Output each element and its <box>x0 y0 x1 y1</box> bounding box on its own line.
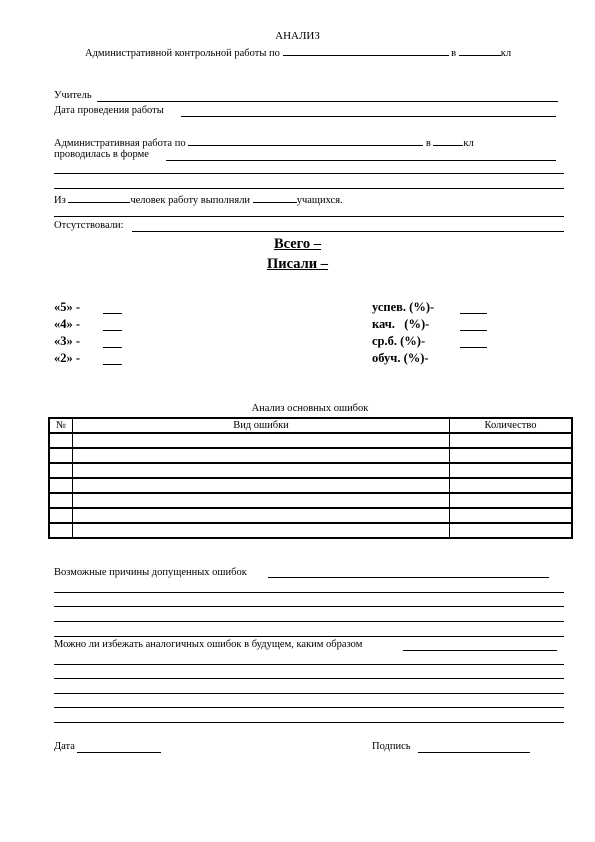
prevention-line-2[interactable] <box>54 664 564 665</box>
subtitle-in: в <box>451 48 456 59</box>
table-row <box>49 433 572 448</box>
errors-table-header: № Вид ошибки Количество <box>49 418 572 433</box>
errors-table-caption: Анализ основных ошибок <box>0 403 595 414</box>
prevention-line-5[interactable] <box>54 707 564 708</box>
grade-count-field[interactable] <box>103 313 122 314</box>
grade-count-field[interactable] <box>103 330 122 331</box>
absent-label: Отсутствовали: <box>54 220 124 231</box>
students-label: учащихся. <box>297 195 343 206</box>
table-row <box>49 523 572 538</box>
completed-line: Из человек работу выполняли учащихся. <box>54 192 343 206</box>
form-field[interactable] <box>166 160 556 161</box>
row-number-cell[interactable] <box>49 463 73 478</box>
grade-label: «3» - <box>54 334 80 349</box>
from-label: Из <box>54 195 66 206</box>
prevention-field[interactable] <box>403 650 557 651</box>
column-header-number: № <box>49 418 73 433</box>
signature-field[interactable] <box>418 752 530 753</box>
quantity-cell[interactable] <box>450 493 573 508</box>
students-count-field[interactable] <box>253 192 297 203</box>
wrote-label: Писали – <box>0 256 595 273</box>
grade-label: «2» - <box>54 351 80 366</box>
row-number-cell[interactable] <box>49 523 73 538</box>
grade-count-field[interactable] <box>103 347 122 348</box>
absent-field[interactable] <box>132 231 564 232</box>
admin-subject-field[interactable] <box>188 135 423 146</box>
reasons-line-3[interactable] <box>54 606 564 607</box>
stat-label: ср.б. (%)- <box>372 334 425 349</box>
row-number-cell[interactable] <box>49 493 73 508</box>
error-type-cell[interactable] <box>73 463 450 478</box>
completed-extra-line[interactable] <box>54 216 564 217</box>
table-row <box>49 493 572 508</box>
people-label: человек работу выполняли <box>130 195 250 206</box>
prevention-line-6[interactable] <box>54 722 564 723</box>
reasons-line-2[interactable] <box>54 592 564 593</box>
class-field[interactable] <box>459 45 501 56</box>
stat-label: обуч. (%)- <box>372 351 429 366</box>
footer-date-field[interactable] <box>77 752 161 753</box>
prevention-line-4[interactable] <box>54 693 564 694</box>
grade-label: «4» - <box>54 317 80 332</box>
prevention-line-3[interactable] <box>54 678 564 679</box>
admin-work-line: Административная работа по в кл <box>54 135 474 149</box>
subtitle-prefix: Административной контрольной работы по <box>85 48 280 59</box>
error-type-cell[interactable] <box>73 523 450 538</box>
error-type-cell[interactable] <box>73 448 450 463</box>
admin-work-prefix: Административная работа по <box>54 138 186 149</box>
error-type-cell[interactable] <box>73 508 450 523</box>
stat-value-field[interactable] <box>460 330 487 331</box>
quantity-cell[interactable] <box>450 463 573 478</box>
quantity-cell[interactable] <box>450 523 573 538</box>
row-number-cell[interactable] <box>49 508 73 523</box>
reasons-line-4[interactable] <box>54 621 564 622</box>
error-type-cell[interactable] <box>73 478 450 493</box>
people-count-field[interactable] <box>68 192 130 203</box>
signature-label: Подпись <box>372 741 411 752</box>
quantity-cell[interactable] <box>450 478 573 493</box>
stat-value-field[interactable] <box>460 347 487 348</box>
prevention-label: Можно ли избежать аналогичных ошибок в б… <box>54 639 362 650</box>
errors-table: № Вид ошибки Количество <box>48 417 573 539</box>
footer-date-label: Дата <box>54 741 75 752</box>
stat-label: кач. (%)- <box>372 317 429 332</box>
teacher-label: Учитель <box>54 90 92 101</box>
date-conducted-label: Дата проведения работы <box>54 105 164 116</box>
table-row <box>49 508 572 523</box>
form-label: проводилась в форме <box>54 149 149 160</box>
form-field-line-3[interactable] <box>54 188 564 189</box>
column-header-quantity: Количество <box>450 418 573 433</box>
quantity-cell[interactable] <box>450 448 573 463</box>
subject-field[interactable] <box>283 45 449 56</box>
row-number-cell[interactable] <box>49 448 73 463</box>
subtitle-class: кл <box>501 48 511 59</box>
stat-label: успев. (%)- <box>372 300 434 315</box>
table-row <box>49 463 572 478</box>
date-conducted-field[interactable] <box>181 116 556 117</box>
column-header-error-type: Вид ошибки <box>73 418 450 433</box>
total-label: Всего – <box>0 236 595 253</box>
quantity-cell[interactable] <box>450 433 573 448</box>
table-row <box>49 478 572 493</box>
admin-class-field[interactable] <box>433 135 463 146</box>
grade-count-field[interactable] <box>103 364 122 365</box>
form-field-line-2[interactable] <box>54 173 564 174</box>
table-row <box>49 448 572 463</box>
error-type-cell[interactable] <box>73 433 450 448</box>
reasons-label: Возможные причины допущенных ошибок <box>54 567 247 578</box>
quantity-cell[interactable] <box>450 508 573 523</box>
reasons-field[interactable] <box>268 577 549 578</box>
admin-work-class: кл <box>463 138 473 149</box>
admin-work-in: в <box>426 138 431 149</box>
subtitle-line: Административной контрольной работы по в… <box>85 45 511 59</box>
row-number-cell[interactable] <box>49 478 73 493</box>
grade-label: «5» - <box>54 300 80 315</box>
error-type-cell[interactable] <box>73 493 450 508</box>
document-title: АНАЛИЗ <box>0 30 595 42</box>
teacher-field[interactable] <box>97 101 558 102</box>
reasons-line-5[interactable] <box>54 636 564 637</box>
stat-value-field[interactable] <box>460 313 487 314</box>
row-number-cell[interactable] <box>49 433 73 448</box>
